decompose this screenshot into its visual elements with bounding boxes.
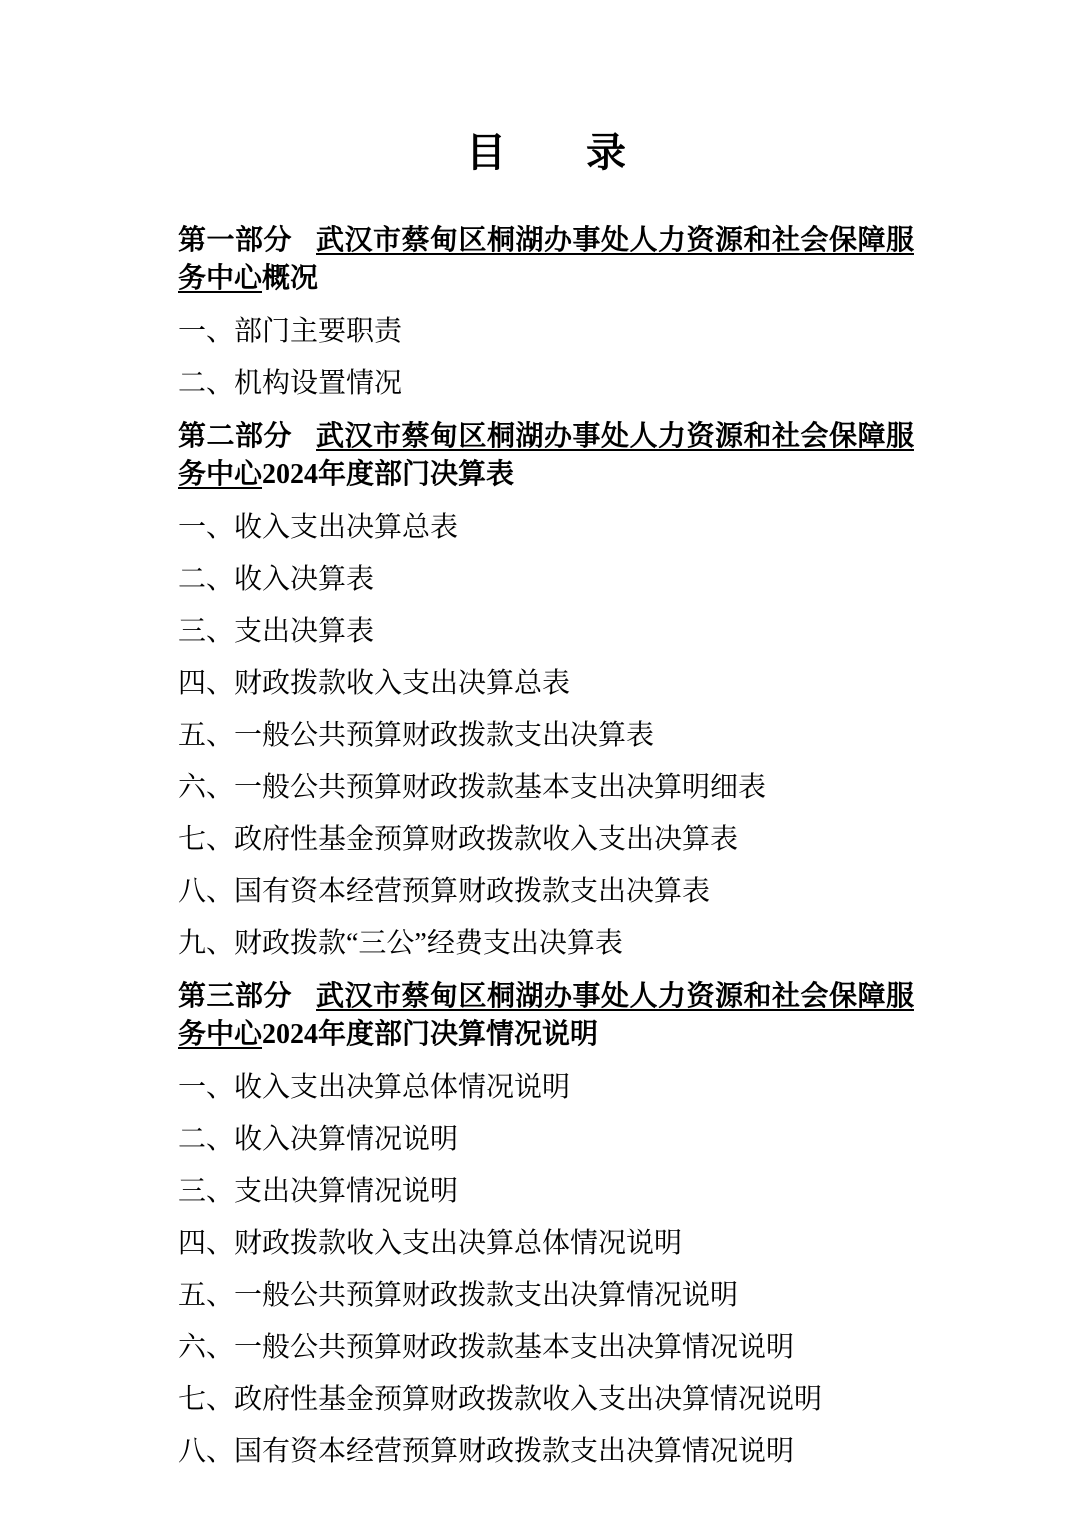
document-page: 目 录 第一部分武汉市蔡甸区桐湖办事处人力资源和社会保障服务中心概况 一、部门主…: [0, 0, 1074, 1520]
part-1-heading: 第一部分武汉市蔡甸区桐湖办事处人力资源和社会保障服务中心概况: [178, 222, 914, 298]
toc-item: 七、政府性基金预算财政拨款收入支出决算表: [178, 814, 914, 866]
toc-item: 五、一般公共预算财政拨款支出决算情况说明: [178, 1270, 914, 1322]
toc-item: 三、支出决算情况说明: [178, 1166, 914, 1218]
toc-item: 二、收入决算情况说明: [178, 1114, 914, 1166]
page-title: 目 录: [178, 129, 914, 177]
toc-item: 九、财政拨款“三公”经费支出决算表: [178, 918, 914, 970]
toc-item: 五、一般公共预算财政拨款支出决算表: [178, 710, 914, 762]
toc-item: 七、政府性基金预算财政拨款收入支出决算情况说明: [178, 1374, 914, 1426]
toc-part-3: 第三部分武汉市蔡甸区桐湖办事处人力资源和社会保障服务中心2024年度部门决算情况…: [178, 978, 914, 1478]
part-3-label: 第三部分: [178, 981, 292, 1012]
toc-item: 二、收入决算表: [178, 554, 914, 606]
toc-item: 六、一般公共预算财政拨款基本支出决算情况说明: [178, 1322, 914, 1374]
toc-item: 一、收入支出决算总体情况说明: [178, 1062, 914, 1114]
toc-item: 一、部门主要职责: [178, 306, 914, 358]
part-2-suffix: 2024年度部门决算表: [262, 459, 514, 490]
toc-item: 一、收入支出决算总表: [178, 502, 914, 554]
toc-part-2: 第二部分武汉市蔡甸区桐湖办事处人力资源和社会保障服务中心2024年度部门决算表 …: [178, 418, 914, 970]
toc-item: 四、财政拨款收入支出决算总表: [178, 658, 914, 710]
toc-item: 三、支出决算表: [178, 606, 914, 658]
part-2-label: 第二部分: [178, 421, 292, 452]
part-1-label: 第一部分: [178, 225, 292, 256]
part-3-heading: 第三部分武汉市蔡甸区桐湖办事处人力资源和社会保障服务中心2024年度部门决算情况…: [178, 978, 914, 1054]
toc-item: 八、国有资本经营预算财政拨款支出决算表: [178, 866, 914, 918]
toc-item: 四、财政拨款收入支出决算总体情况说明: [178, 1218, 914, 1270]
part-3-suffix: 2024年度部门决算情况说明: [262, 1019, 598, 1050]
toc-item: 二、机构设置情况: [178, 358, 914, 410]
toc-item: 八、国有资本经营预算财政拨款支出决算情况说明: [178, 1426, 914, 1478]
part-1-suffix: 概况: [262, 263, 318, 294]
toc-item: 六、一般公共预算财政拨款基本支出决算明细表: [178, 762, 914, 814]
toc-part-1: 第一部分武汉市蔡甸区桐湖办事处人力资源和社会保障服务中心概况 一、部门主要职责 …: [178, 222, 914, 410]
part-2-heading: 第二部分武汉市蔡甸区桐湖办事处人力资源和社会保障服务中心2024年度部门决算表: [178, 418, 914, 494]
